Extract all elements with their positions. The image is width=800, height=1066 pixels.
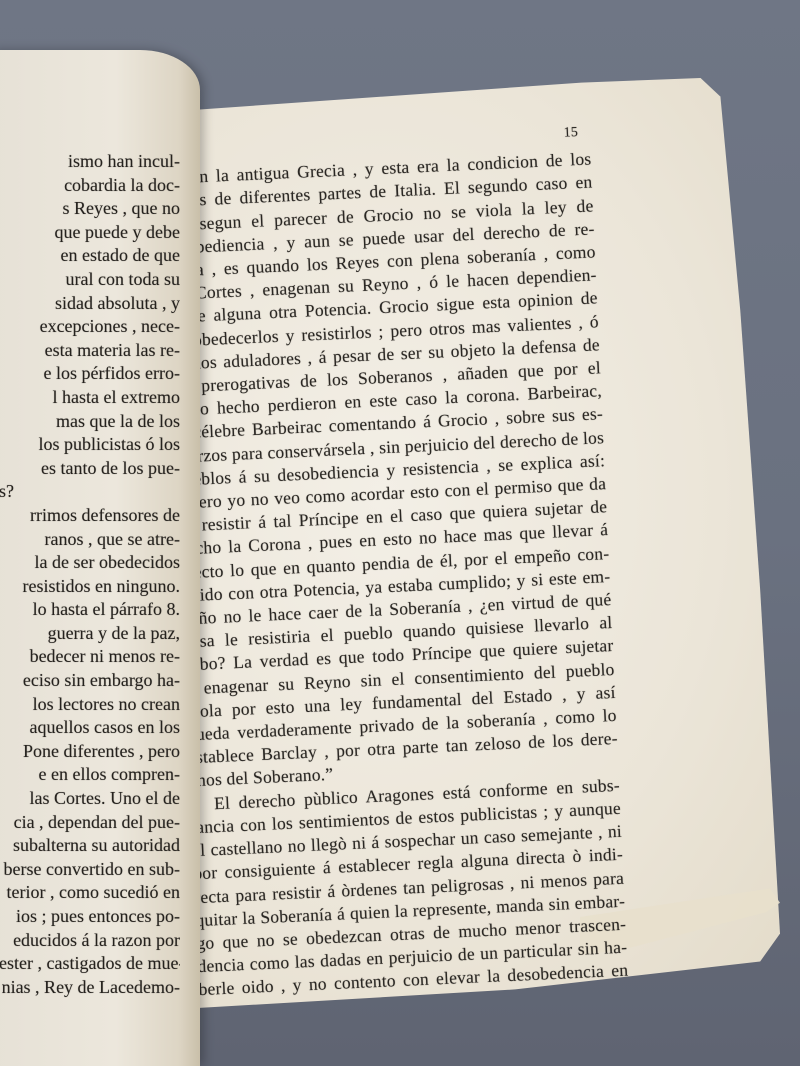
left-page-text: ismo han incul- cobardia la doc- s Reyes…: [0, 150, 180, 999]
text-line: bedecer ni menos re-: [0, 645, 180, 669]
text-line: l hasta el extremo: [0, 386, 180, 410]
text-line: s Reyes , que no: [0, 197, 180, 221]
text-line: guerra y de la paz,: [0, 622, 180, 646]
right-page-text: 15 nia en la antigua Grecia , y esta era…: [160, 120, 629, 1001]
text-line: cia , dependan del pue-: [0, 811, 180, 835]
text-line: aquellos casos en los: [0, 716, 180, 740]
text-line: cobardia la doc-: [0, 174, 180, 198]
text-line: e los pérfidos erro-: [0, 362, 180, 386]
text-line: resistidos en ninguno.: [0, 575, 180, 599]
book-photo: 15 nia en la antigua Grecia , y esta era…: [0, 0, 800, 1066]
text-line: ranos , que se atre-: [0, 528, 180, 552]
text-line: educidos á la razon por: [0, 929, 180, 953]
text-line: ismo han incul-: [0, 150, 180, 174]
text-line: mas que la de los: [0, 410, 180, 434]
text-line: que puede y debe: [0, 221, 180, 245]
text-line: os?: [0, 480, 180, 504]
text-line: berse convertido en sub-: [0, 858, 180, 882]
text-line: Pone diferentes , pero: [0, 740, 180, 764]
text-line: terior , como sucedió en: [0, 881, 180, 905]
text-line: es tanto de los pue-: [0, 457, 180, 481]
text-line: los lectores no crean: [0, 693, 180, 717]
text-line: ural con toda su: [0, 268, 180, 292]
text-line: ios ; pues entonces po-: [0, 905, 180, 929]
text-line: eciso sin embargo ha-: [0, 669, 180, 693]
text-line: e en ellos compren-: [0, 763, 180, 787]
text-line: los publicistas ó los: [0, 433, 180, 457]
text-line: lo hasta el párrafo 8.: [0, 598, 180, 622]
text-line: esta materia las re-: [0, 339, 180, 363]
text-line: subalterna su autoridad: [0, 834, 180, 858]
text-line: las Cortes. Uno el de: [0, 787, 180, 811]
text-line: sidad absoluta , y: [0, 292, 180, 316]
text-line: la de ser obedecidos: [0, 551, 180, 575]
text-line: nias , Rey de Lacedemo-: [0, 976, 180, 1000]
text-line: nester , castigados de mue-: [0, 952, 180, 976]
text-line: excepciones , nece-: [0, 315, 180, 339]
left-page: ismo han incul- cobardia la doc- s Reyes…: [0, 50, 200, 1066]
text-line: en estado de que: [0, 244, 180, 268]
text-line: rrimos defensores de: [0, 504, 180, 528]
